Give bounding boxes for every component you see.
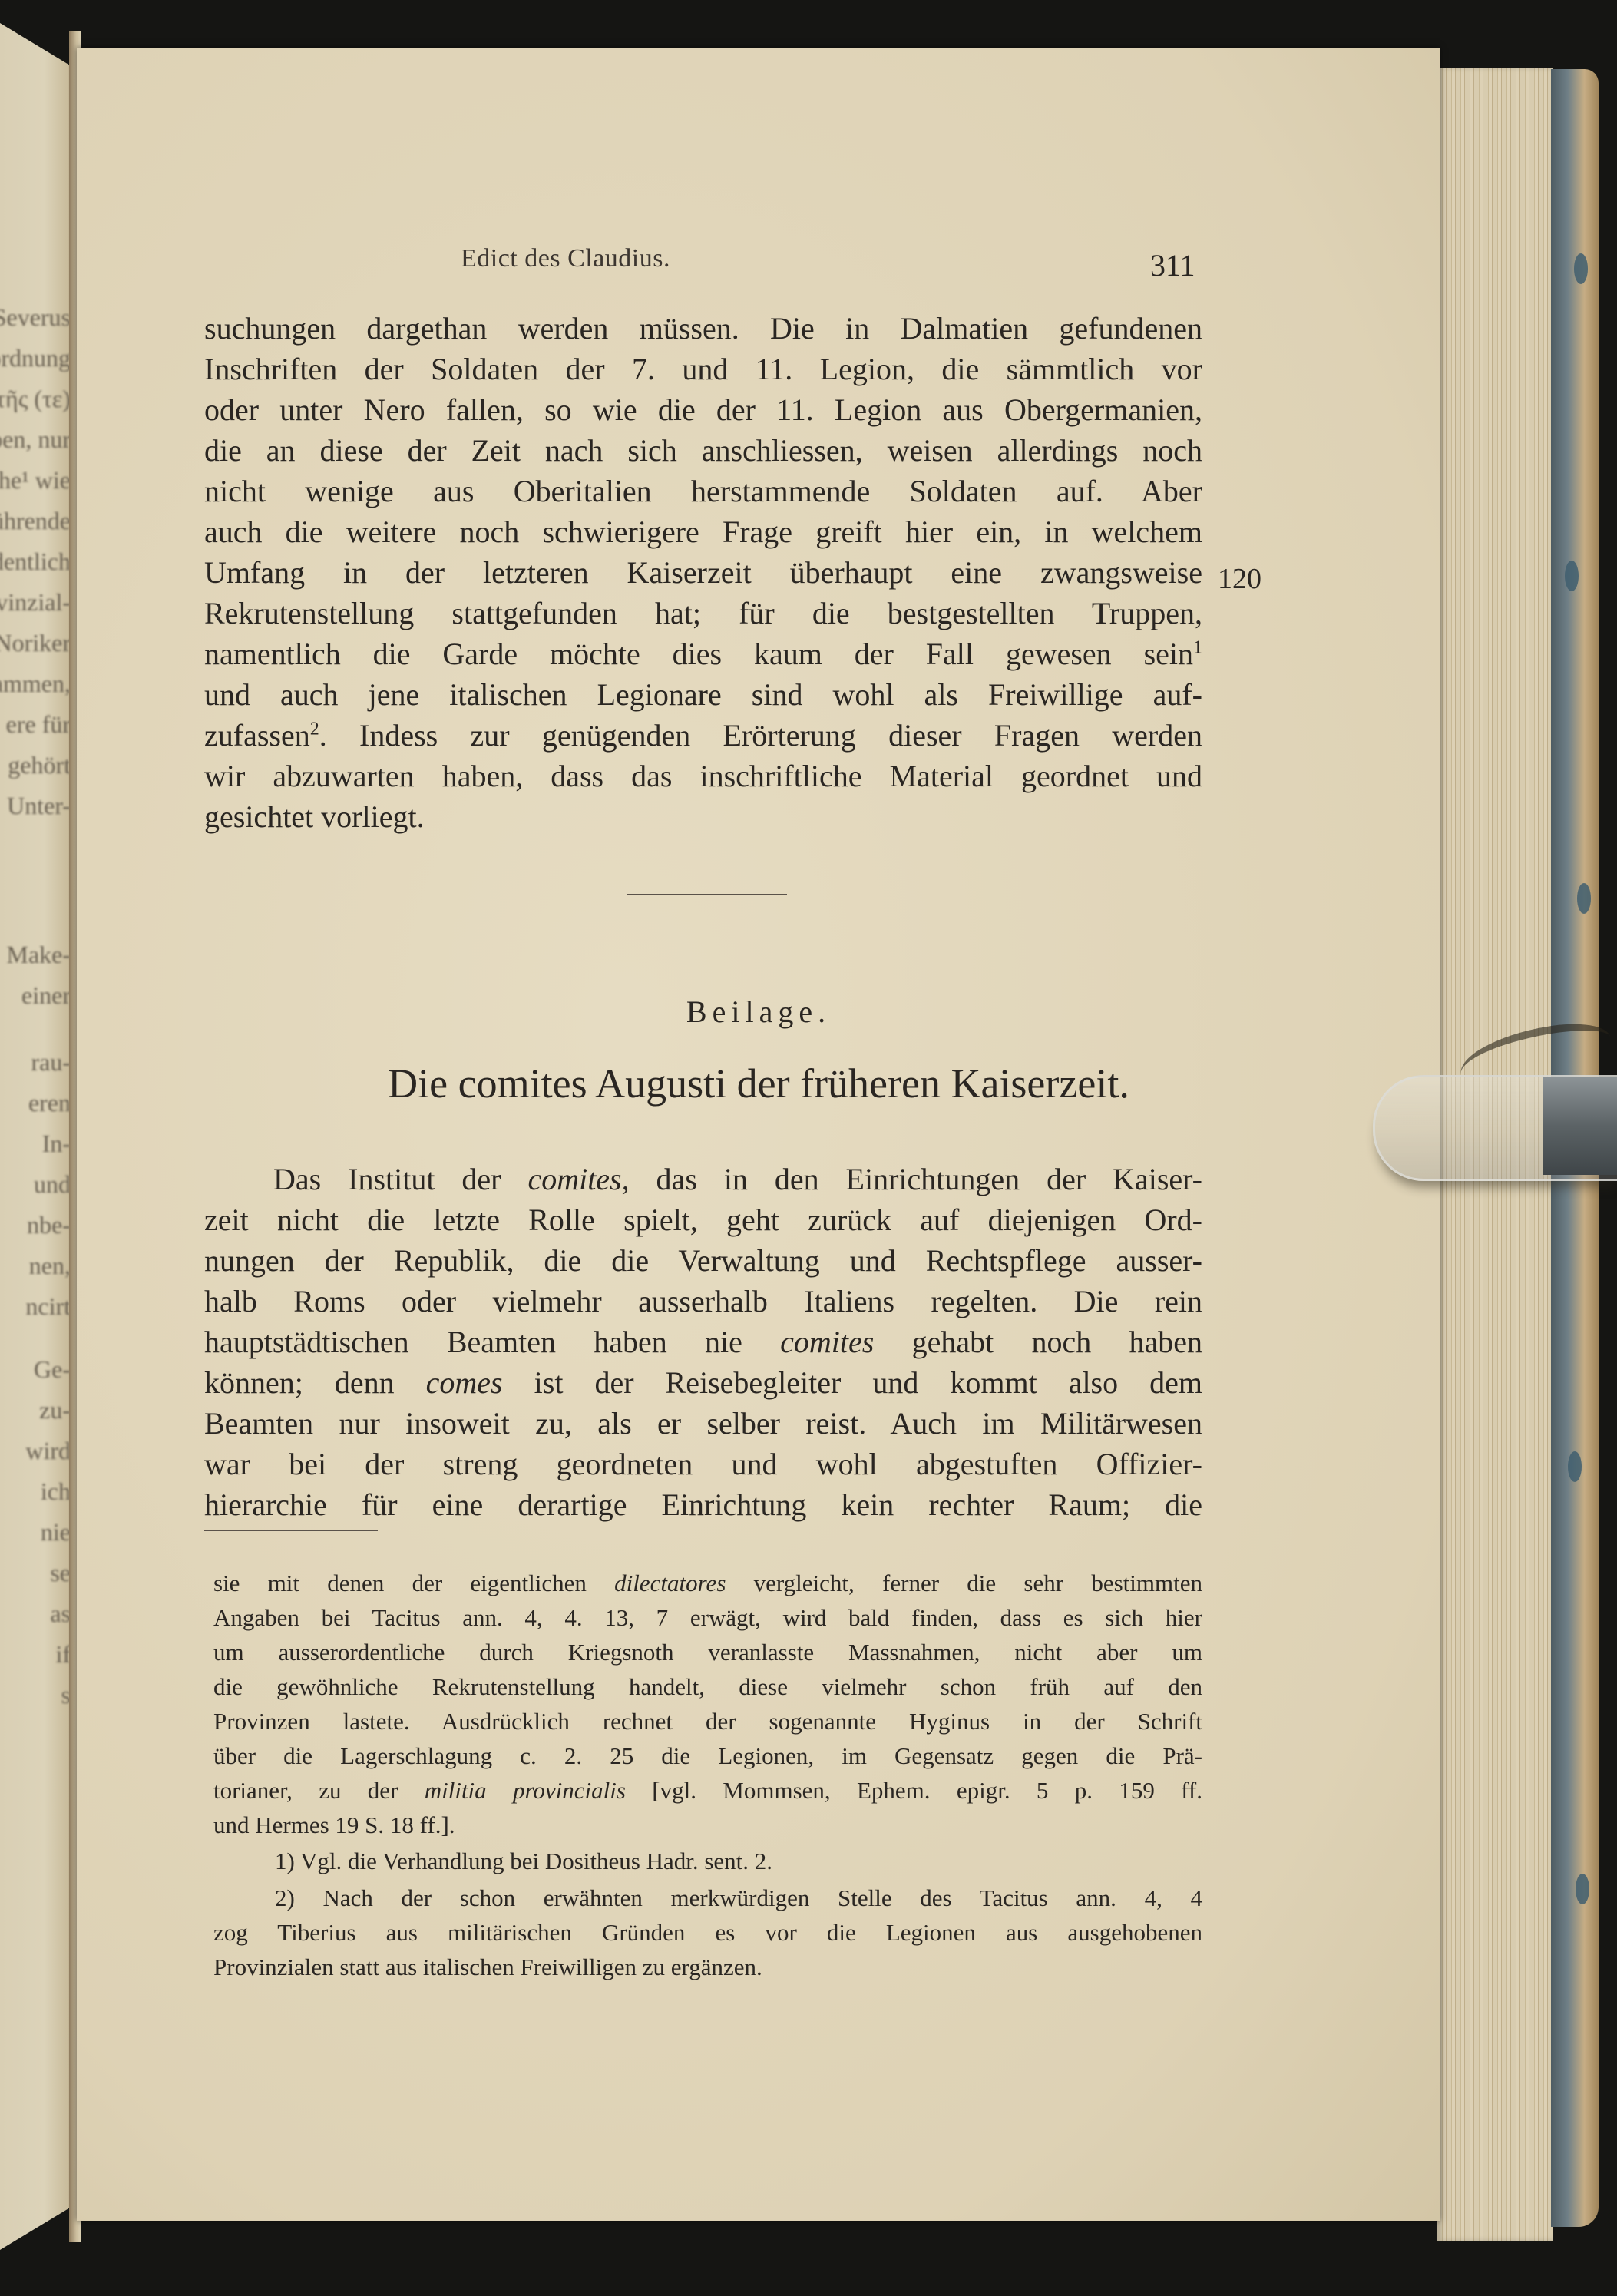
body-line: zufassen2. Indess zur genügenden Erörter…	[204, 716, 1202, 756]
body-text: zufassen	[204, 718, 310, 753]
body-line: oder unter Nero fallen, so wie die der 1…	[204, 390, 1202, 430]
body-line: hierarchie für eine derartige Einrichtun…	[204, 1485, 1202, 1525]
facing-text: In-	[42, 1130, 71, 1158]
footnote-line: zog Tiberius aus militärischen Gründen e…	[213, 1916, 1202, 1950]
body-line: Umfang in der letzteren Kaiserzeit überh…	[204, 553, 1202, 593]
body-line: können; denn comes ist der Reisebegleite…	[204, 1363, 1202, 1403]
body-text: können; denn	[204, 1365, 426, 1400]
marble-pattern	[1565, 561, 1579, 591]
facing-text: Noriker	[0, 629, 71, 657]
body-text: . Indess zur genügenden Erörterung diese…	[319, 718, 1202, 753]
footnote-2: 2) Nach der schon erwähnten merkwürdigen…	[213, 1881, 1202, 1915]
footnote-line: über die Lagerschlagung c. 2. 25 die Leg…	[213, 1739, 1202, 1773]
facing-text: Unter-	[7, 792, 71, 820]
facing-text: ere für	[6, 710, 71, 739]
section-label: Beilage.	[0, 994, 1617, 1030]
body-line: Inschriften der Soldaten der 7. und 11. …	[204, 349, 1202, 389]
facing-text: ordnung	[0, 344, 71, 372]
facing-text: Make-	[6, 941, 71, 969]
body-line: Beamten nur insoweit zu, als er selber r…	[204, 1404, 1202, 1444]
footnote-line: die gewöhnliche Rekrutenstellung handelt…	[213, 1670, 1202, 1704]
facing-text: ncirt	[25, 1292, 71, 1321]
body-text: das in den Einrichtungen der Kaiser-	[630, 1162, 1202, 1196]
italic-term: comes	[426, 1365, 503, 1400]
facing-text: Severus	[0, 303, 71, 332]
facing-text: rdentlich	[0, 548, 71, 576]
facing-text: nbe-	[27, 1211, 71, 1239]
body-line: suchungen dargethan werden müssen. Die i…	[204, 309, 1202, 349]
body-text: namentlich die Garde möchte dies kaum de…	[204, 637, 1193, 671]
body-line: halb Roms oder vielmehr ausserhalb Itali…	[204, 1282, 1202, 1322]
marble-pattern	[1577, 883, 1591, 914]
body-line: die an diese der Zeit nach sich anschlie…	[204, 431, 1202, 471]
body-line: zeit nicht die letzte Rolle spielt, geht…	[204, 1200, 1202, 1240]
body-line: hauptstädtischen Beamten haben nie comit…	[204, 1322, 1202, 1362]
facing-page: Severus ordnung τῆς (τε) oben, nur the¹ …	[0, 23, 74, 2250]
body-text: ist der Reisebegleiter und kommt also de…	[503, 1365, 1202, 1400]
facing-text: as	[50, 1600, 71, 1628]
facing-text: the¹ wie	[0, 466, 71, 495]
section-divider	[627, 894, 787, 895]
margin-line-number: 120	[1218, 562, 1262, 596]
facing-text: ich	[41, 1477, 71, 1506]
footnote-text: torianer, zu der	[213, 1777, 425, 1804]
facing-text: ammen,	[0, 670, 71, 698]
body-line: wir abzuwarten haben, dass das inschrift…	[204, 756, 1202, 796]
facing-text: zu-	[39, 1396, 71, 1424]
facing-text: nen,	[29, 1252, 71, 1280]
body-line: war bei der streng geordneten und wohl a…	[204, 1444, 1202, 1484]
footnote-line: Angaben bei Tacitus ann. 4, 4. 13, 7 erw…	[213, 1601, 1202, 1635]
facing-text: ovinzial-	[0, 588, 71, 617]
running-header: Edict des Claudius.	[461, 244, 670, 273]
body-line: namentlich die Garde möchte dies kaum de…	[204, 634, 1202, 674]
marble-pattern	[1576, 1874, 1589, 1904]
body-line: Das Institut der comites, das in den Ein…	[204, 1160, 1202, 1199]
body-line: Rekrutenstellung stattgefunden hat; für …	[204, 594, 1202, 634]
body-text: Das Institut der	[273, 1162, 527, 1196]
footnote-divider	[204, 1530, 378, 1531]
body-line: nungen der Republik, die die Verwaltung …	[204, 1241, 1202, 1281]
footnote-line: sie mit denen der eigentlichen dilectato…	[213, 1567, 1202, 1600]
facing-text: und	[34, 1170, 71, 1199]
body-text: hauptstädtischen Beamten haben nie	[204, 1325, 780, 1359]
footnote-text: [vgl. Mommsen, Ephem. epigr. 5 p. 159 ff…	[626, 1777, 1202, 1804]
facing-text: se	[50, 1559, 71, 1587]
footnote-ref[interactable]: 2	[310, 720, 319, 739]
marble-pattern	[1574, 253, 1588, 284]
footnote-text: sie mit denen der eigentlichen	[213, 1570, 614, 1596]
body-line: gesichtet vorliegt.	[204, 797, 1202, 837]
body-line: auch die weitere noch schwierigere Frage…	[204, 512, 1202, 552]
page-clip-handle	[1543, 1077, 1617, 1175]
facing-text: führende	[0, 507, 71, 535]
body-line: und auch jene italischen Legionare sind …	[204, 675, 1202, 715]
footnote-1: 1) Vgl. die Verhandlung bei Dositheus Ha…	[213, 1844, 1202, 1878]
facing-text: Ge-	[34, 1355, 71, 1384]
footnote-line: Provinzialen statt aus italischen Freiwi…	[213, 1950, 1202, 1984]
facing-text: τῆς (τε)	[0, 385, 71, 413]
facing-text: nie	[41, 1518, 71, 1547]
marble-pattern	[1568, 1451, 1582, 1482]
facing-text: gehört	[8, 751, 71, 779]
footnote-line: Provinzen lastete. Ausdrücklich rechnet …	[213, 1705, 1202, 1739]
italic-term: militia provincialis	[425, 1777, 626, 1804]
page-number: 311	[1150, 247, 1195, 283]
facing-text: wird	[25, 1437, 71, 1465]
section-title: Die comites Augusti der früheren Kaiserz…	[0, 1060, 1617, 1107]
body-text: gehabt noch haben	[874, 1325, 1202, 1359]
italic-term: comites,	[527, 1162, 629, 1196]
body-line: nicht wenige aus Oberitalien herstammend…	[204, 471, 1202, 511]
footnote-line: torianer, zu der militia provincialis [v…	[213, 1774, 1202, 1808]
footnote-line: und Hermes 19 S. 18 ff.].	[213, 1808, 1202, 1842]
footnote-text: vergleicht, ferner die sehr bestimmten	[726, 1570, 1202, 1596]
italic-term: dilectatores	[614, 1570, 726, 1596]
italic-term: comites	[780, 1325, 874, 1359]
footnote-ref[interactable]: 1	[1193, 638, 1202, 658]
footnote-line: um ausserordentliche durch Kriegsnoth ve…	[213, 1636, 1202, 1669]
facing-text: oben, nur	[0, 425, 71, 454]
